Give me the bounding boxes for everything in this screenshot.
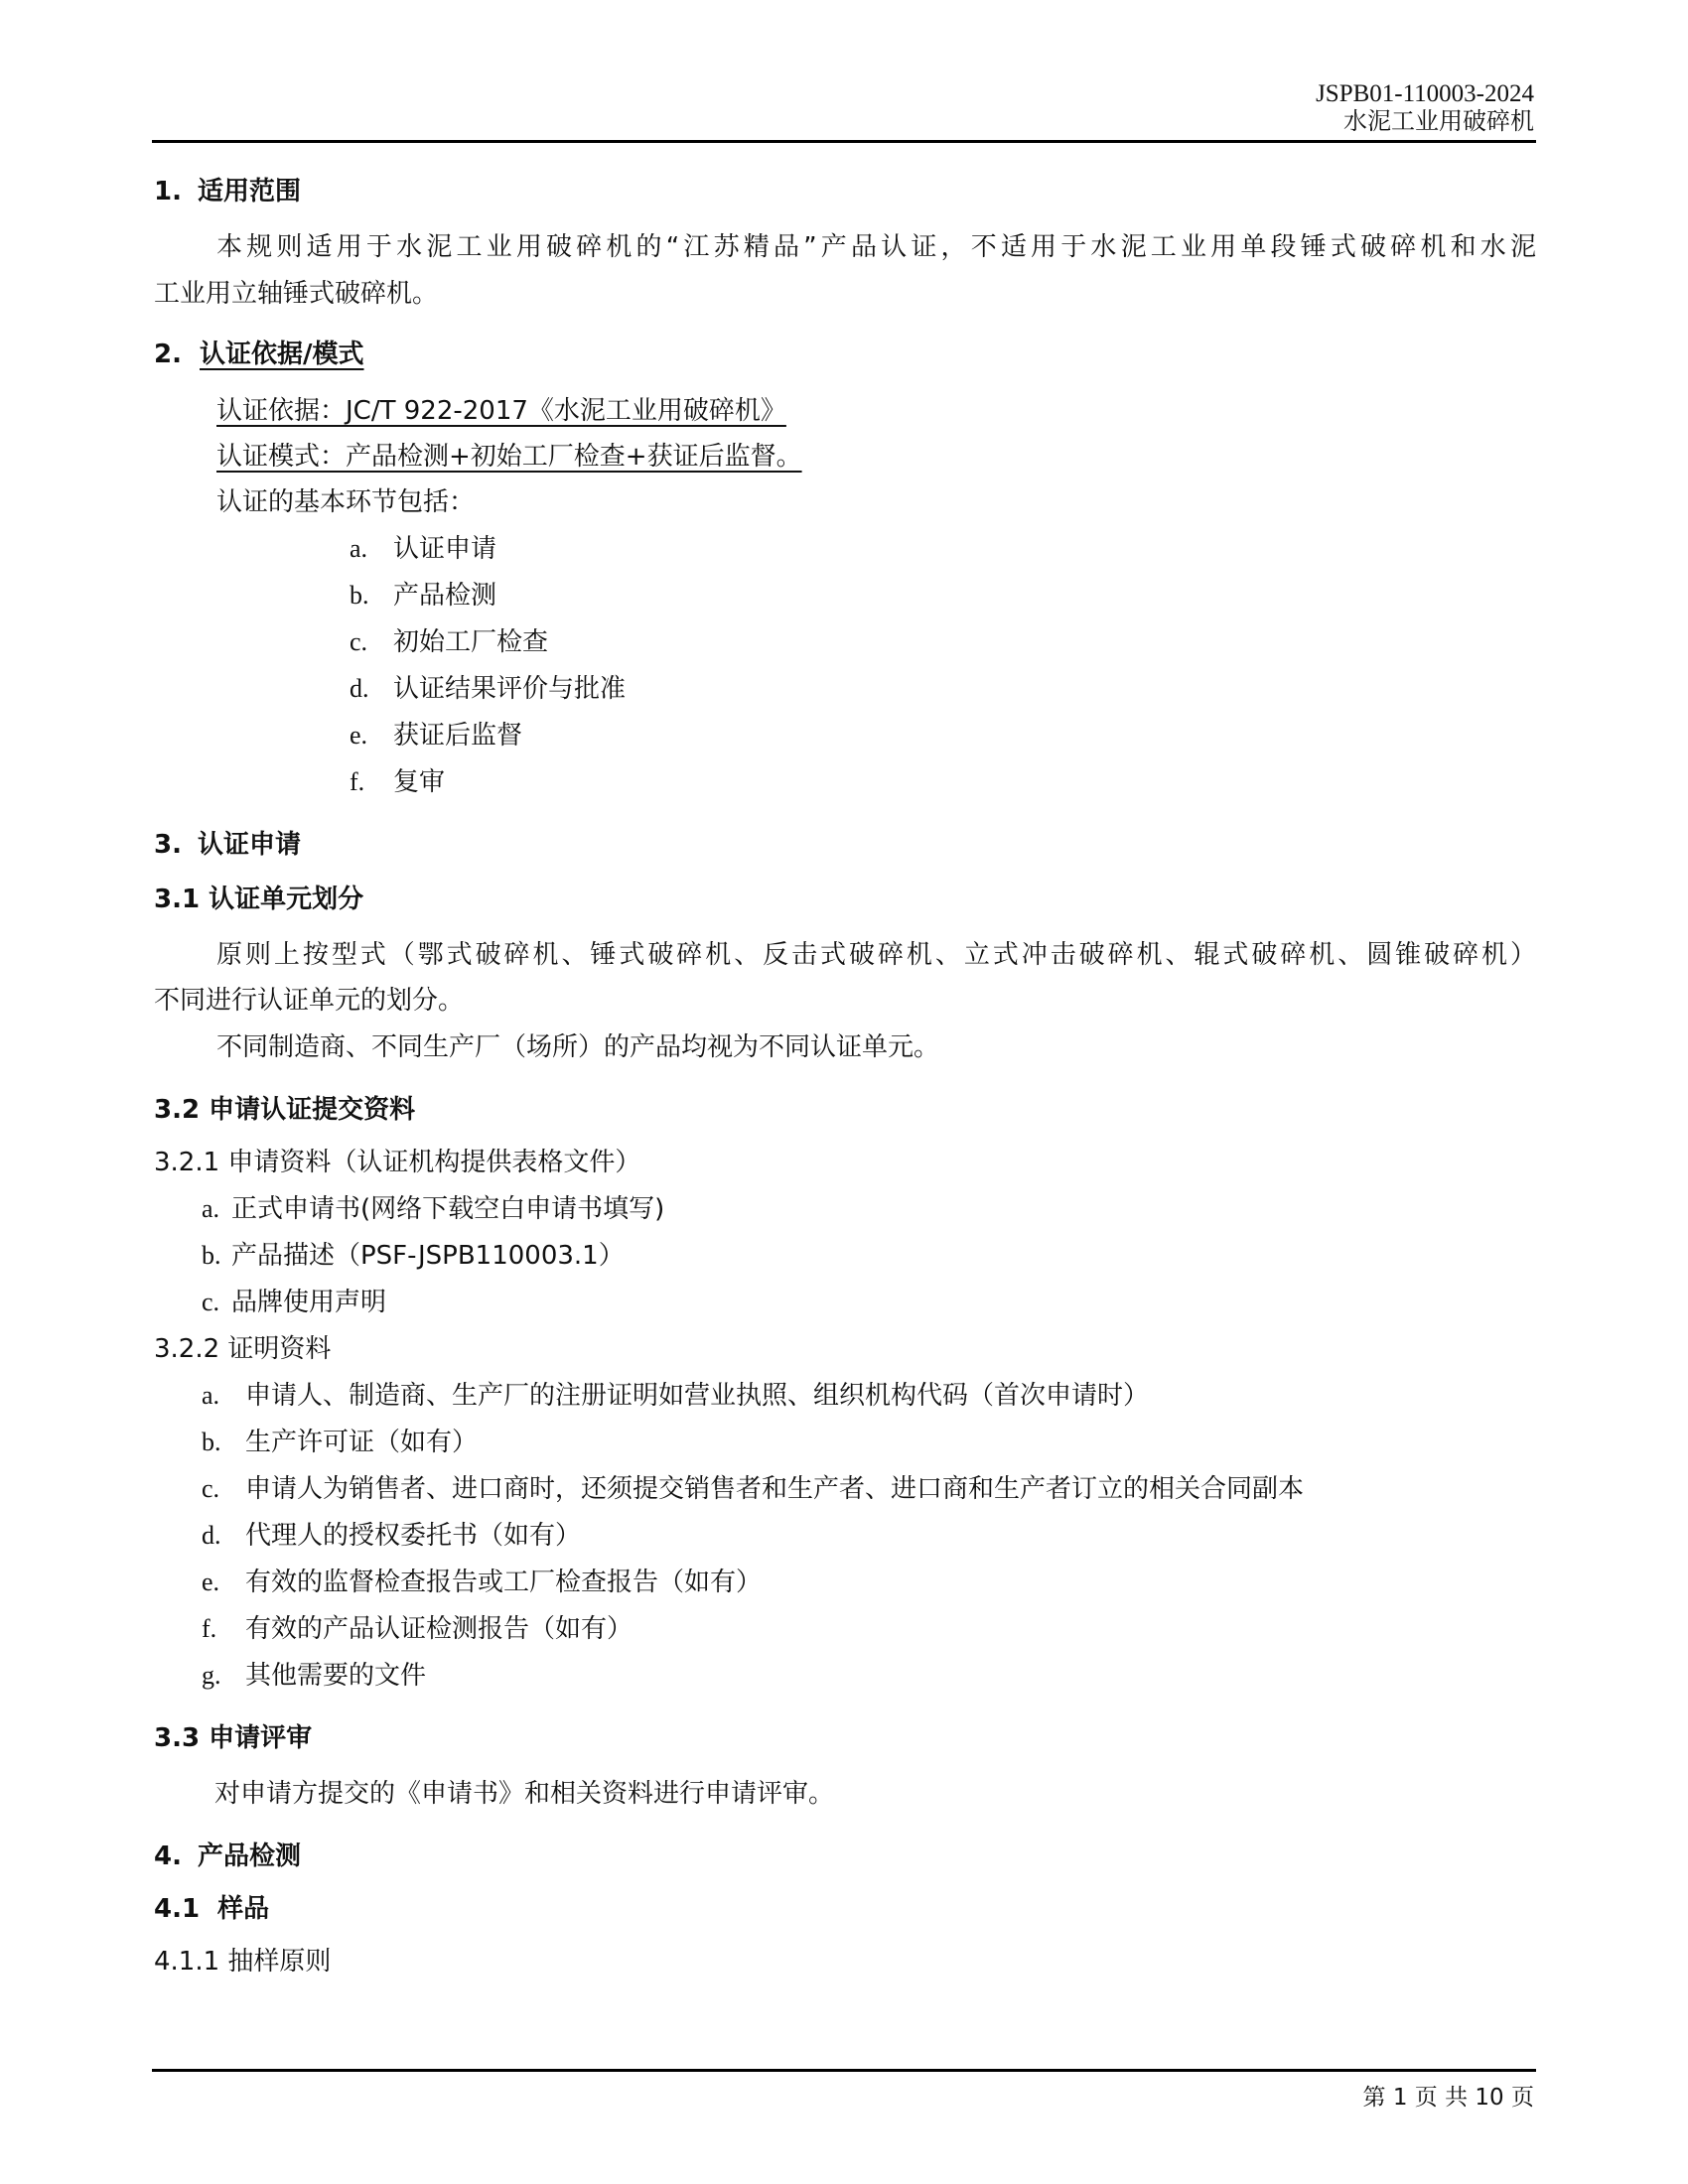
paragraph: 不同制造商、不同生产厂（场所）的产品均视为不同认证单元。 [216, 1034, 939, 1060]
list-text: 正式申请书(网络下载空白申请书填写) [231, 1194, 664, 1224]
paragraph-line: 本规则适用于水泥工业用破碎机的“江苏精品”产品认证，不适用于水泥工业用单段锤式破… [216, 234, 1536, 260]
list-text: 申请人、制造商、生产厂的注册证明如营业执照、组织机构代码（首次申请时） [245, 1381, 1149, 1411]
list-text: 产品描述（PSF-JSPB110003.1） [231, 1241, 625, 1271]
list-label: a. [350, 536, 393, 562]
list-text: 品牌使用声明 [231, 1288, 386, 1317]
list-item: g.其他需要的文件 [202, 1663, 426, 1689]
list-label: f. [202, 1616, 245, 1642]
list-item: c.品牌使用声明 [202, 1290, 386, 1315]
certification-basis: 认证依据：JC/T 922-2017《水泥工业用破碎机》 [216, 398, 786, 424]
subsection-3-2-heading: 3.2 申请认证提交资料 [154, 1097, 415, 1123]
list-label: a. [202, 1383, 245, 1409]
list-text: 有效的监督检查报告或工厂检查报告（如有） [245, 1568, 762, 1597]
subsection-4-1-1-heading: 4.1.1 抽样原则 [154, 1949, 331, 1975]
list-label: f. [350, 769, 393, 795]
list-item: d.代理人的授权委托书（如有） [202, 1523, 581, 1549]
list-label: a. [202, 1196, 231, 1222]
section-title: 产品检测 [198, 1842, 301, 1871]
paragraph-line: 工业用立轴锤式破碎机。 [154, 281, 438, 307]
steps-intro: 认证的基本环节包括： [216, 489, 475, 515]
section-number: 1. [154, 179, 198, 205]
header-rule [152, 140, 1536, 143]
list-item: a.申请人、制造商、生产厂的注册证明如营业执照、组织机构代码（首次申请时） [202, 1383, 1149, 1409]
list-item: b.产品检测 [350, 583, 496, 609]
list-item: f.复审 [350, 769, 445, 795]
list-text: 认证申请 [393, 534, 496, 564]
list-text: 代理人的授权委托书（如有） [245, 1521, 581, 1551]
list-text: 产品检测 [393, 581, 496, 611]
list-text: 其他需要的文件 [245, 1661, 426, 1691]
section-3-heading: 3.认证申请 [154, 832, 301, 858]
paragraph-line: 不同进行认证单元的划分。 [154, 988, 464, 1014]
subsection-3-3-heading: 3.3 申请评审 [154, 1725, 312, 1751]
list-text: 认证结果评价与批准 [393, 674, 626, 704]
section-1-heading: 1.适用范围 [154, 179, 301, 205]
footer-rule [152, 2069, 1536, 2072]
subsection-3-2-2-heading: 3.2.2 证明资料 [154, 1336, 331, 1362]
list-item: f.有效的产品认证检测报告（如有） [202, 1616, 633, 1642]
list-label: b. [350, 583, 393, 609]
list-label: b. [202, 1243, 231, 1269]
section-number: 4. [154, 1843, 198, 1869]
certification-mode: 认证模式：产品检测+初始工厂检查+获证后监督。 [216, 444, 802, 470]
paragraph-line: 原则上按型式（鄂式破碎机、锤式破碎机、反击式破碎机、立式冲击破碎机、辊式破碎机、… [216, 942, 1536, 968]
list-item: c.初始工厂检查 [350, 629, 548, 655]
list-item: b.产品描述（PSF-JSPB110003.1） [202, 1243, 625, 1269]
subsection-4-1-heading: 4.1 样品 [154, 1896, 269, 1922]
page-number: 第 1 页 共 10 页 [1363, 2087, 1534, 2110]
list-label: b. [202, 1430, 245, 1455]
document-code: JSPB01-110003-2024 [1316, 81, 1534, 106]
list-label: c. [350, 629, 393, 655]
list-item: d.认证结果评价与批准 [350, 676, 626, 702]
list-label: e. [350, 723, 393, 749]
subsection-3-2-1-heading: 3.2.1 申请资料（认证机构提供表格文件） [154, 1150, 640, 1175]
list-label: d. [350, 676, 393, 702]
list-text: 初始工厂检查 [393, 627, 548, 657]
list-item: c.申请人为销售者、进口商时，还须提交销售者和生产者、进口商和生产者订立的相关合… [202, 1476, 1304, 1502]
list-label: d. [202, 1523, 245, 1549]
list-item: a.正式申请书(网络下载空白申请书填写) [202, 1196, 664, 1222]
list-label: c. [202, 1290, 231, 1315]
paragraph: 对申请方提交的《申请书》和相关资料进行申请评审。 [214, 1781, 834, 1807]
list-text: 复审 [393, 767, 445, 797]
list-item: b.生产许可证（如有） [202, 1430, 478, 1455]
section-title: 认证申请 [198, 830, 301, 860]
list-item: e.获证后监督 [350, 723, 522, 749]
list-label: e. [202, 1570, 245, 1595]
section-title: 适用范围 [198, 177, 301, 206]
section-4-heading: 4.产品检测 [154, 1843, 301, 1869]
document-title: 水泥工业用破碎机 [1343, 109, 1534, 133]
list-text: 申请人为销售者、进口商时，还须提交销售者和生产者、进口商和生产者订立的相关合同副… [245, 1474, 1304, 1504]
list-text: 获证后监督 [393, 721, 522, 751]
section-number: 3. [154, 832, 198, 858]
subsection-3-1-heading: 3.1 认证单元划分 [154, 887, 363, 912]
list-label: g. [202, 1663, 245, 1689]
list-item: a.认证申请 [350, 536, 496, 562]
section-number: 2. [154, 341, 200, 367]
list-text: 生产许可证（如有） [245, 1428, 478, 1457]
section-2-heading: 2.认证依据/模式 [154, 341, 364, 367]
list-label: c. [202, 1476, 245, 1502]
section-title: 认证依据/模式 [200, 340, 364, 369]
list-item: e.有效的监督检查报告或工厂检查报告（如有） [202, 1570, 762, 1595]
list-text: 有效的产品认证检测报告（如有） [245, 1614, 633, 1644]
